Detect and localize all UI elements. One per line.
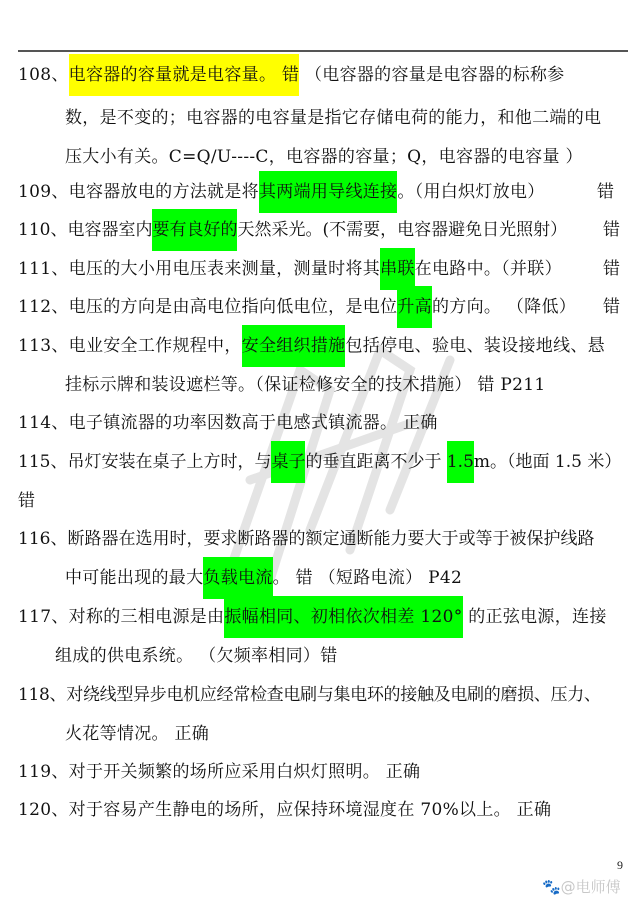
item-number: 116、 (18, 529, 67, 549)
item-117: 117、对称的三相电源是由振幅相同、初相依次相差 120° 的正弦电源，连接 (18, 606, 607, 628)
item-text: 。（用白炽灯放电） (397, 182, 544, 202)
answer-112: 错 (603, 296, 620, 318)
item-number: 118、 (18, 685, 66, 705)
item-text: m。（地面 1.5 米） (474, 452, 621, 472)
item-text: 电容器放电的方法就是将 (69, 182, 259, 202)
item-number: 110、 (18, 220, 67, 240)
item-number: 112、 (18, 297, 69, 317)
item-text: 对于容易产生静电的场所，应保持环境湿度在 70%以上。 正确 (69, 800, 552, 820)
item-110: 110、电容器室内要有良好的天然采光。(不需要，电容器避免日光照射） (18, 219, 567, 241)
item-number: 119、 (18, 762, 69, 782)
item-119: 119、对于开关频繁的场所应采用白炽灯照明。 正确 (18, 761, 420, 783)
item-text: 。 错 （短路电流） P42 (273, 568, 462, 588)
highlight-green: 安全组织措施 (242, 325, 346, 367)
item-number: 113、 (18, 336, 69, 356)
item-text: 吊灯安装在桌子上方时，与 (67, 452, 271, 472)
highlight-yellow: 电容器的容量就是电容量。 错 (69, 54, 300, 96)
item-109: 109、电容器放电的方法就是将其两端用导线连接。（用白炽灯放电） (18, 181, 545, 203)
item-108-line-2: 数，是不变的；电容器的电容量是指它存储电荷的能力，和他二端的电 (65, 107, 601, 129)
item-text: 对于开关频繁的场所应采用白炽灯照明。 正确 (69, 762, 421, 782)
highlight-green: 1.5 (447, 441, 474, 483)
item-text: 的方向。 （降低） (432, 297, 576, 317)
item-113: 113、电业安全工作规程中，安全组织措施包括停电、验电、装设接地线、悬 (18, 335, 605, 357)
item-113-line-2: 挂标示牌和装设遮栏等。（保证检修安全的技术措施） 错 P211 (65, 374, 546, 396)
item-text: 断路器在选用时，要求断路器的额定通断能力要大于或等于被保护线路 (67, 529, 594, 549)
item-number: 111、 (18, 259, 69, 279)
item-text: 电容器室内 (67, 220, 152, 240)
answer-109: 错 (597, 181, 614, 203)
item-116: 116、断路器在选用时，要求断路器的额定通断能力要大于或等于被保护线路 (18, 528, 594, 550)
highlight-green: 桌子 (271, 441, 305, 483)
item-number: 117、 (18, 607, 69, 627)
item-116-line-2: 中可能出现的最大负载电流。 错 （短路电流） P42 (65, 567, 462, 589)
header-rule (18, 50, 628, 52)
highlight-green: 负载电流 (203, 557, 272, 599)
page-number: 9 (617, 858, 623, 873)
highlight-green: 串联 (380, 248, 415, 290)
item-text: 包括停电、验电、装设接地线、悬 (345, 336, 605, 356)
item-111: 111、电压的大小用电压表来测量，测量时将其串联在电路中。（并联） (18, 258, 562, 280)
item-text: 电压的大小用电压表来测量，测量时将其 (69, 259, 380, 279)
item-text: 的正弦电源，连接 (463, 607, 607, 627)
item-115: 115、吊灯安装在桌子上方时，与桌子的垂直距离不少于 1.5m。（地面 1.5 … (18, 451, 621, 473)
item-108: 108、电容器的容量就是电容量。 错 （电容器的容量是电容器的标称参 (18, 64, 564, 86)
item-text: 在电路中。（并联） (415, 259, 562, 279)
item-118: 118、对绕线型异步电机应经常检查电刷与集电环的接触及电刷的磨损、压力、 (18, 684, 601, 706)
item-number: 115、 (18, 452, 67, 472)
item-text: 对绕线型异步电机应经常检查电刷与集电环的接触及电刷的磨损、压力、 (66, 685, 600, 705)
item-number: 108、 (18, 65, 69, 85)
item-text: 中可能出现的最大 (65, 568, 203, 588)
item-108-line-3: 压大小有关。C=Q/U----C，电容器的容量；Q，电容器的电容量 ） (65, 146, 583, 168)
item-120: 120、对于容易产生静电的场所，应保持环境湿度在 70%以上。 正确 (18, 799, 551, 821)
answer-110: 错 (603, 219, 620, 241)
highlight-green: 升高 (397, 286, 432, 328)
item-text: 电业安全工作规程中， (69, 336, 242, 356)
highlight-green: 其两端用导线连接 (259, 171, 397, 213)
answer-111: 错 (603, 258, 620, 280)
highlight-green: 振幅相同、初相依次相差 120° (224, 596, 462, 638)
item-text: 的垂直距离不少于 (305, 452, 446, 472)
item-text: 电子镇流器的功率因数高于电感式镇流器。 正确 (69, 413, 438, 433)
item-112: 112、电压的方向是由高电位指向低电位，是电位升高的方向。 （降低） (18, 296, 576, 318)
item-text: （电容器的容量是电容器的标称参 (299, 65, 564, 85)
item-118-line-2: 火花等情况。 正确 (65, 723, 209, 745)
item-text: 电压的方向是由高电位指向低电位，是电位 (69, 297, 398, 317)
item-number: 120、 (18, 800, 69, 820)
item-114: 114、电子镇流器的功率因数高于电感式镇流器。 正确 (18, 412, 438, 434)
item-number: 109、 (18, 182, 69, 202)
item-117-line-2: 组成的供电系统。 （欠频率相同）错 (55, 645, 338, 667)
item-115-line-2: 错 (18, 490, 35, 512)
item-text: 天然采光。(不需要，电容器避免日光照射） (237, 220, 567, 240)
item-text: 对称的三相电源是由 (69, 607, 225, 627)
highlight-green: 要有良好的 (152, 209, 237, 251)
brand-watermark: 🐾@电师傅 (542, 876, 621, 897)
item-number: 114、 (18, 413, 69, 433)
